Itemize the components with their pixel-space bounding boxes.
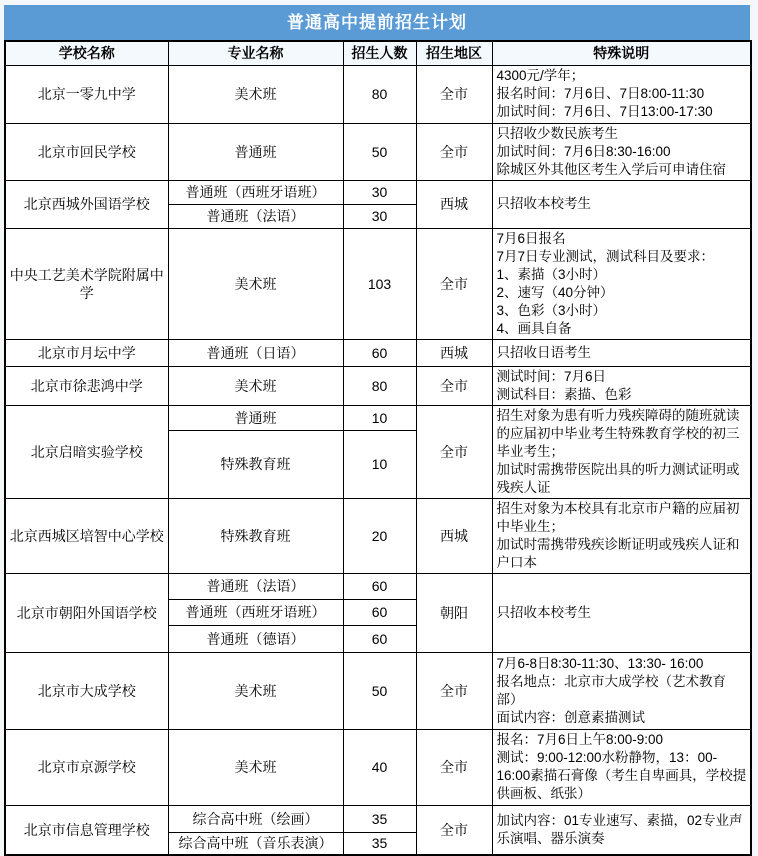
school-name-cell: 北京西城外国语学校: [5, 180, 168, 228]
count-cell: 50: [343, 123, 416, 180]
note-cell: 报名：7月6日上午8:00-9:00 测试：9:00-12:00水粉静物，13：…: [492, 729, 751, 805]
major-cell: 普通班（日语）: [168, 339, 343, 366]
region-cell: 全市: [416, 405, 492, 498]
region-cell: 朝阳: [416, 573, 492, 652]
region-cell: 全市: [416, 729, 492, 805]
major-cell: 普通班（德语）: [168, 625, 343, 652]
table-row: 北京市朝阳外国语学校 普通班（法语） 60 朝阳 只招收本校考生: [5, 573, 751, 599]
count-cell: 30: [343, 180, 416, 204]
region-cell: 全市: [416, 123, 492, 180]
note-cell: 只招收少数民族考生 加试时间：7月6日8:30-16:00 除城区外其他区考生入…: [492, 123, 751, 180]
major-cell: 普通班: [168, 123, 343, 180]
region-cell: 全市: [416, 805, 492, 855]
count-cell: 60: [343, 625, 416, 652]
count-cell: 35: [343, 832, 416, 855]
column-header-region: 招生地区: [416, 41, 492, 65]
school-name-cell: 北京一零九中学: [5, 65, 168, 123]
count-cell: 20: [343, 498, 416, 573]
count-cell: 50: [343, 652, 416, 729]
note-cell: 只招收本校考生: [492, 573, 751, 652]
region-cell: 全市: [416, 228, 492, 339]
major-cell: 普通班（法语）: [168, 204, 343, 228]
table-row: 北京市回民学校 普通班 50 全市 只招收少数民族考生 加试时间：7月6日8:3…: [5, 123, 751, 180]
table-title: 普通高中提前招生计划: [4, 5, 750, 40]
school-name-cell: 北京市月坛中学: [5, 339, 168, 366]
note-cell: 7月6-8日8:30-11:30、13:30- 16:00 报名地点：北京市大成…: [492, 652, 751, 729]
table-row: 北京市徐悲鸿中学 美术班 80 全市 测试时间：7月6日 测试科目：素描、色彩: [5, 366, 751, 405]
count-cell: 60: [343, 339, 416, 366]
count-cell: 80: [343, 366, 416, 405]
enrollment-sheet: 普通高中提前招生计划 学校名称 专业名称 招生人数 招生地区 特殊说明 北京一零…: [4, 5, 750, 856]
count-cell: 60: [343, 573, 416, 599]
major-cell: 特殊教育班: [168, 431, 343, 498]
note-cell: 加试内容：01专业速写、素描，02专业声乐演唱、器乐演奏: [492, 805, 751, 855]
table-row: 北京市月坛中学 普通班（日语） 60 西城 只招收日语考生: [5, 339, 751, 366]
major-cell: 综合高中班（音乐表演）: [168, 832, 343, 855]
region-cell: 西城: [416, 339, 492, 366]
school-name-cell: 北京西城区培智中心学校: [5, 498, 168, 573]
region-cell: 西城: [416, 498, 492, 573]
major-cell: 美术班: [168, 228, 343, 339]
enrollment-table: 学校名称 专业名称 招生人数 招生地区 特殊说明 北京一零九中学 美术班 80 …: [4, 40, 752, 856]
major-cell: 美术班: [168, 729, 343, 805]
major-cell: 美术班: [168, 366, 343, 405]
table-row: 北京启暗实验学校 普通班 10 全市 招生对象为患有听力残疾障碍的随班就读的应届…: [5, 405, 751, 431]
note-cell: 测试时间：7月6日 测试科目：素描、色彩: [492, 366, 751, 405]
major-cell: 美术班: [168, 65, 343, 123]
major-cell: 美术班: [168, 652, 343, 729]
count-cell: 80: [343, 65, 416, 123]
school-name-cell: 北京市大成学校: [5, 652, 168, 729]
major-cell: 普通班: [168, 405, 343, 431]
major-cell: 综合高中班（绘画）: [168, 805, 343, 832]
major-cell: 普通班（西班牙语班）: [168, 599, 343, 625]
major-cell: 特殊教育班: [168, 498, 343, 573]
note-cell: 只招收日语考生: [492, 339, 751, 366]
count-cell: 30: [343, 204, 416, 228]
school-name-cell: 北京启暗实验学校: [5, 405, 168, 498]
region-cell: 全市: [416, 366, 492, 405]
school-name-cell: 北京市信息管理学校: [5, 805, 168, 855]
column-header-note: 特殊说明: [492, 41, 751, 65]
count-cell: 40: [343, 729, 416, 805]
region-cell: 西城: [416, 180, 492, 228]
region-cell: 全市: [416, 65, 492, 123]
table-row: 北京市信息管理学校 综合高中班（绘画） 35 全市 加试内容：01专业速写、素描…: [5, 805, 751, 832]
major-cell: 普通班（西班牙语班）: [168, 180, 343, 204]
header-row: 学校名称 专业名称 招生人数 招生地区 特殊说明: [5, 41, 751, 65]
column-header-count: 招生人数: [343, 41, 416, 65]
table-row: 北京西城外国语学校 普通班（西班牙语班） 30 西城 只招收本校考生: [5, 180, 751, 204]
column-header-major: 专业名称: [168, 41, 343, 65]
school-name-cell: 中央工艺美术学院附属中学: [5, 228, 168, 339]
note-cell: 招生对象为患有听力残疾障碍的随班就读的应届初中毕业考生特殊教育学校的初三毕业考生…: [492, 405, 751, 498]
table-row: 北京市大成学校 美术班 50 全市 7月6-8日8:30-11:30、13:30…: [5, 652, 751, 729]
count-cell: 60: [343, 599, 416, 625]
school-name-cell: 北京市回民学校: [5, 123, 168, 180]
note-cell: 招生对象为本校具有北京市户籍的应届初中毕业生； 加试时需携带残疾诊断证明或残疾人…: [492, 498, 751, 573]
table-row: 北京西城区培智中心学校 特殊教育班 20 西城 招生对象为本校具有北京市户籍的应…: [5, 498, 751, 573]
table-row: 北京一零九中学 美术班 80 全市 4300元/学年； 报名时间：7月6日、7日…: [5, 65, 751, 123]
count-cell: 103: [343, 228, 416, 339]
school-name-cell: 北京市朝阳外国语学校: [5, 573, 168, 652]
count-cell: 10: [343, 405, 416, 431]
table-row: 北京市京源学校 美术班 40 全市 报名：7月6日上午8:00-9:00 测试：…: [5, 729, 751, 805]
region-cell: 全市: [416, 652, 492, 729]
table-row: 中央工艺美术学院附属中学 美术班 103 全市 7月6日报名 7月7日专业测试，…: [5, 228, 751, 339]
note-cell: 只招收本校考生: [492, 180, 751, 228]
note-cell: 4300元/学年； 报名时间：7月6日、7日8:00-11:30 加试时间：7月…: [492, 65, 751, 123]
school-name-cell: 北京市京源学校: [5, 729, 168, 805]
note-cell: 7月6日报名 7月7日专业测试，测试科目及要求： 1、素描（3小时） 2、速写（…: [492, 228, 751, 339]
school-name-cell: 北京市徐悲鸿中学: [5, 366, 168, 405]
count-cell: 10: [343, 431, 416, 498]
column-header-school: 学校名称: [5, 41, 168, 65]
count-cell: 35: [343, 805, 416, 832]
major-cell: 普通班（法语）: [168, 573, 343, 599]
